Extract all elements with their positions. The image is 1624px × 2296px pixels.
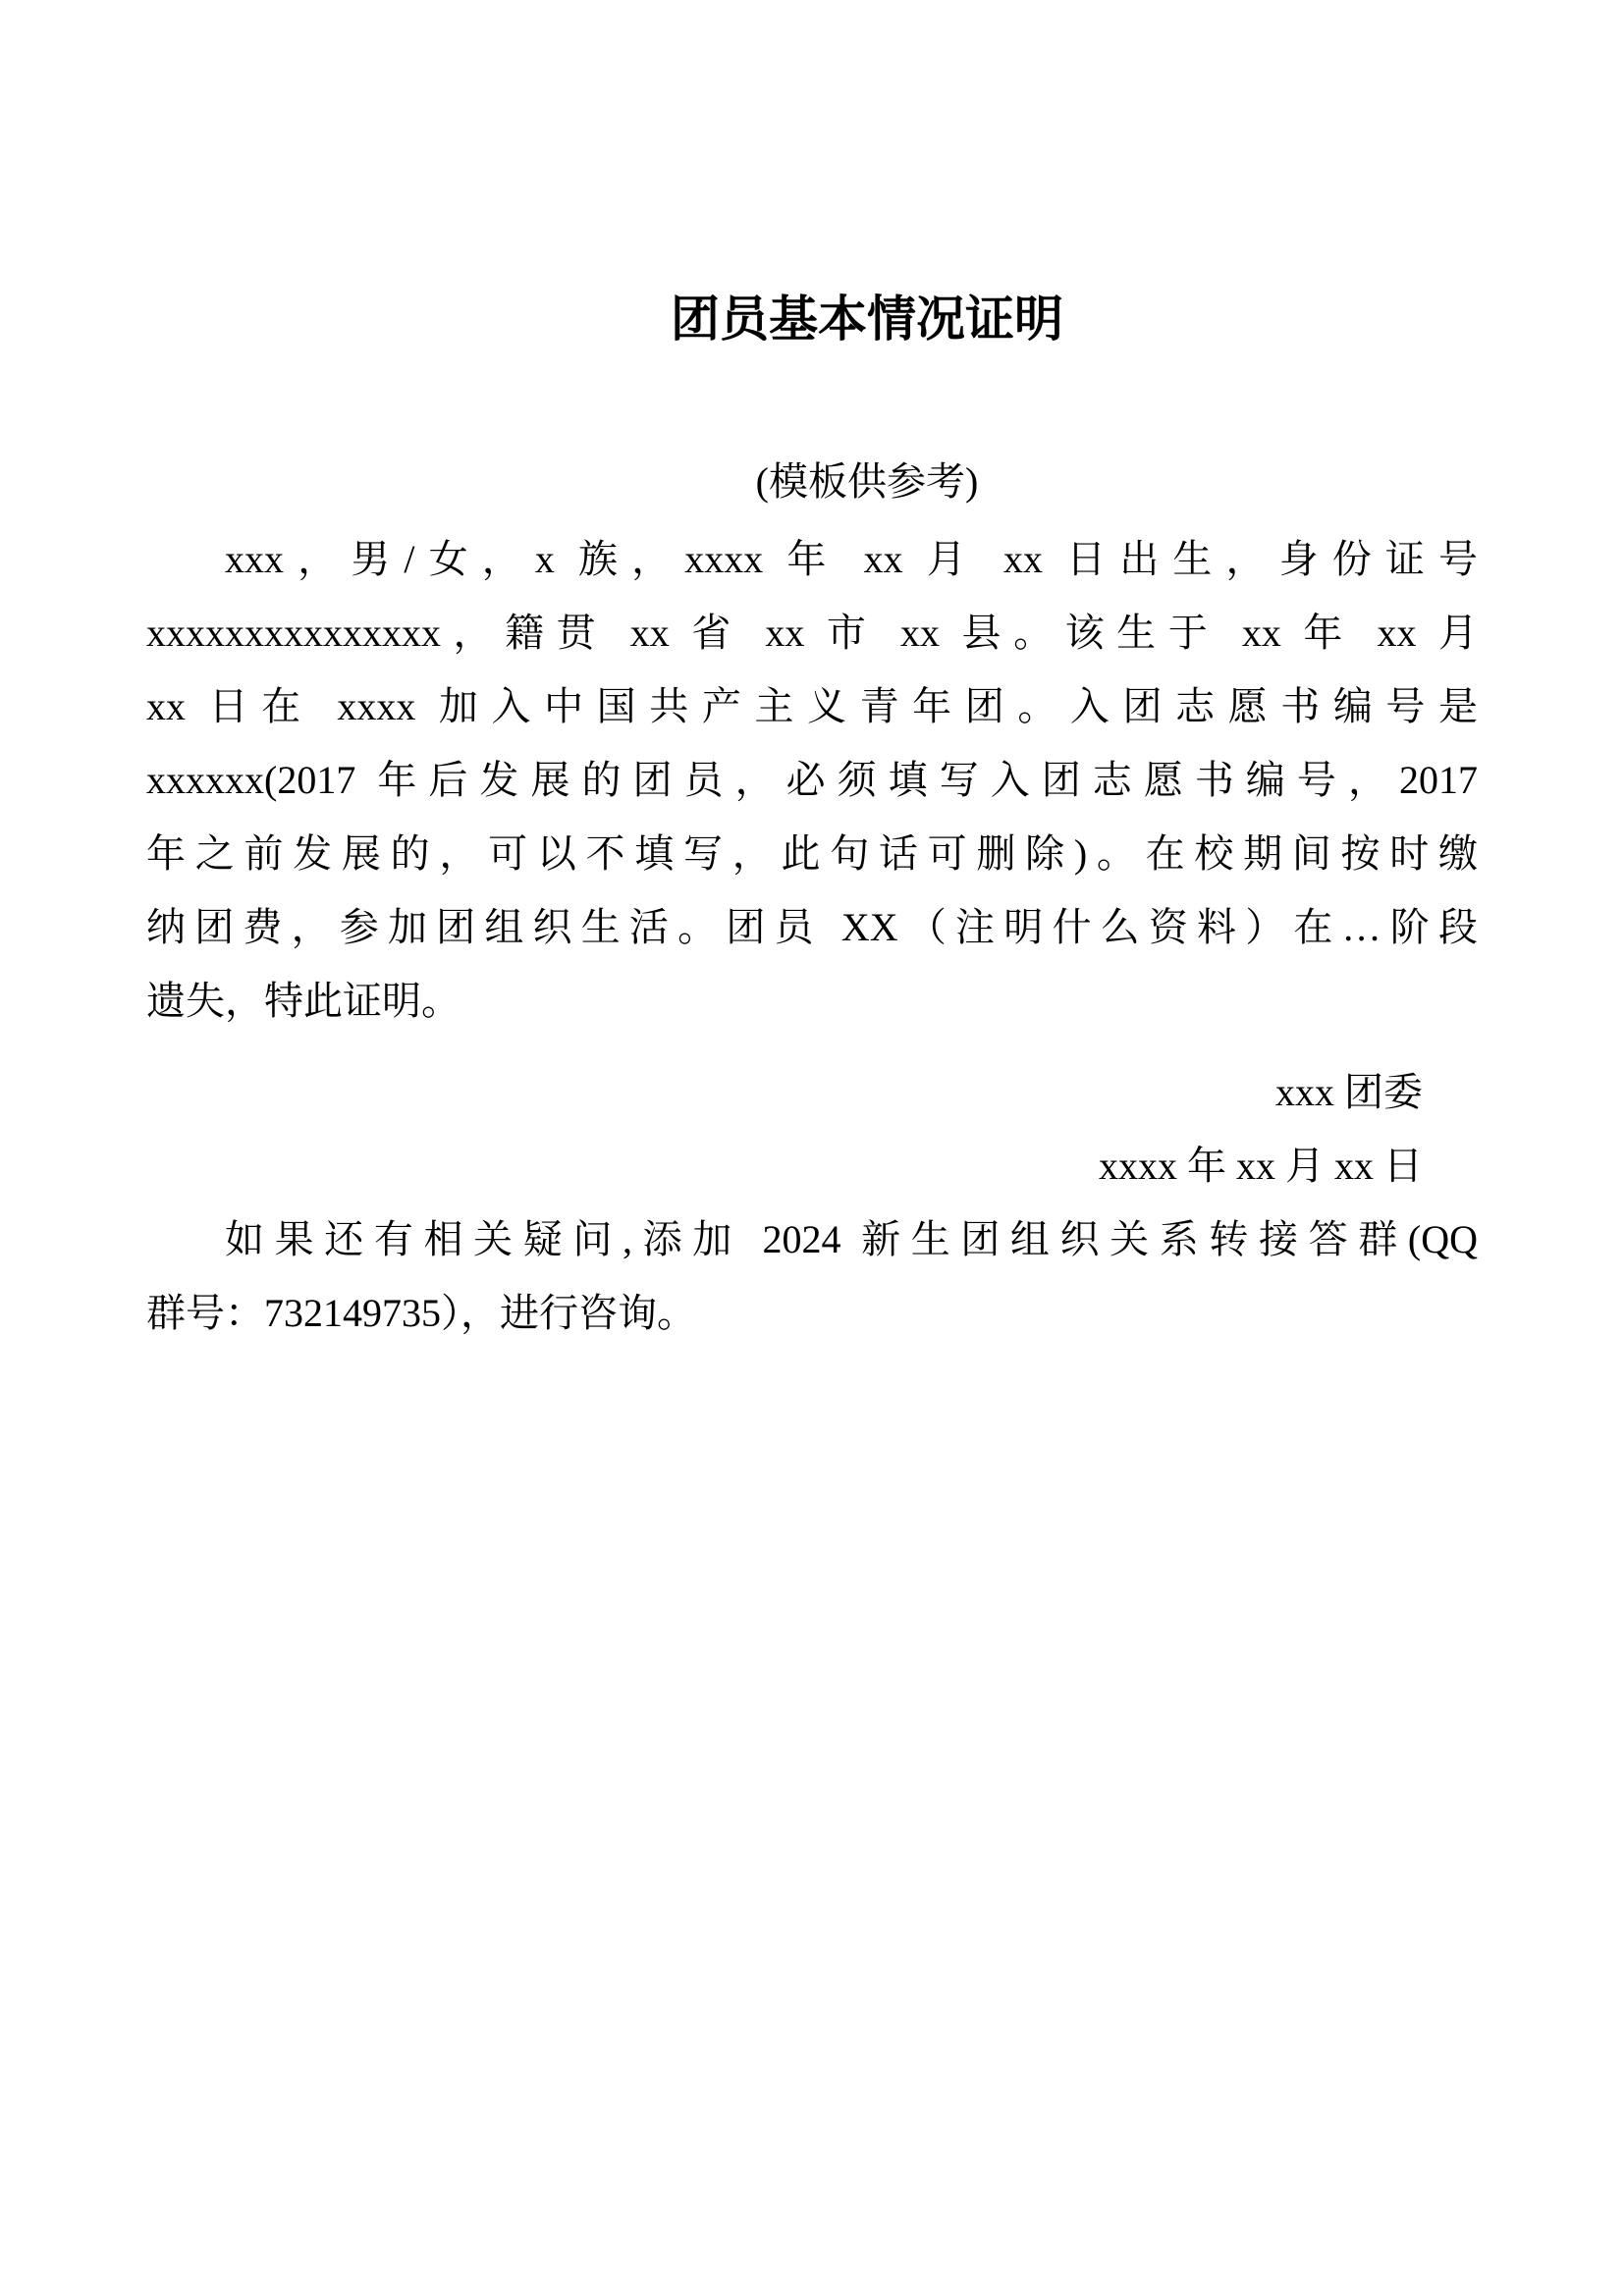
body-line: xxxxxx(2017 年后发展的团员，必须填写入团志愿书编号，2017	[146, 743, 1478, 817]
body-line: 遗失，特此证明。	[146, 964, 1478, 1038]
body-line: xxxxxxxxxxxxxxx，籍贯 xx 省 xx 市 xx 县。该生于 xx…	[146, 596, 1478, 669]
body-line: xxx，男/女，x 族，xxxx 年 xx 月 xx 日出生，身份证号	[146, 522, 1478, 596]
signature-block: xxx 团委 xxxx 年 xx 月 xx 日	[146, 1055, 1478, 1202]
document-page: 团员基本情况证明 (模板供参考) xxx，男/女，x 族，xxxx 年 xx 月…	[0, 0, 1624, 2296]
document-subtitle: (模板供参考)	[146, 452, 1478, 512]
body-line: 纳团费，参加团组织生活。团员 XX（注明什么资料）在…阶段	[146, 890, 1478, 964]
note-line: 群号：732149735），进行咨询。	[146, 1276, 1478, 1350]
document-title: 团员基本情况证明	[146, 287, 1478, 351]
note-paragraph: 如果还有相关疑问,添加 2024 新生团组织关系转接答群(QQ 群号：73214…	[146, 1202, 1478, 1350]
body-line: xx 日在 xxxx 加入中国共产主义青年团。入团志愿书编号是	[146, 669, 1478, 743]
body-paragraph: xxx，男/女，x 族，xxxx 年 xx 月 xx 日出生，身份证号 xxxx…	[146, 522, 1478, 1038]
signature-organization: xxx 团委	[146, 1055, 1478, 1129]
signature-date: xxxx 年 xx 月 xx 日	[146, 1129, 1478, 1202]
document-content: 团员基本情况证明 (模板供参考) xxx，男/女，x 族，xxxx 年 xx 月…	[0, 287, 1624, 1350]
note-line: 如果还有相关疑问,添加 2024 新生团组织关系转接答群(QQ	[146, 1202, 1478, 1276]
body-line: 年之前发展的，可以不填写，此句话可删除)。在校期间按时缴	[146, 817, 1478, 890]
